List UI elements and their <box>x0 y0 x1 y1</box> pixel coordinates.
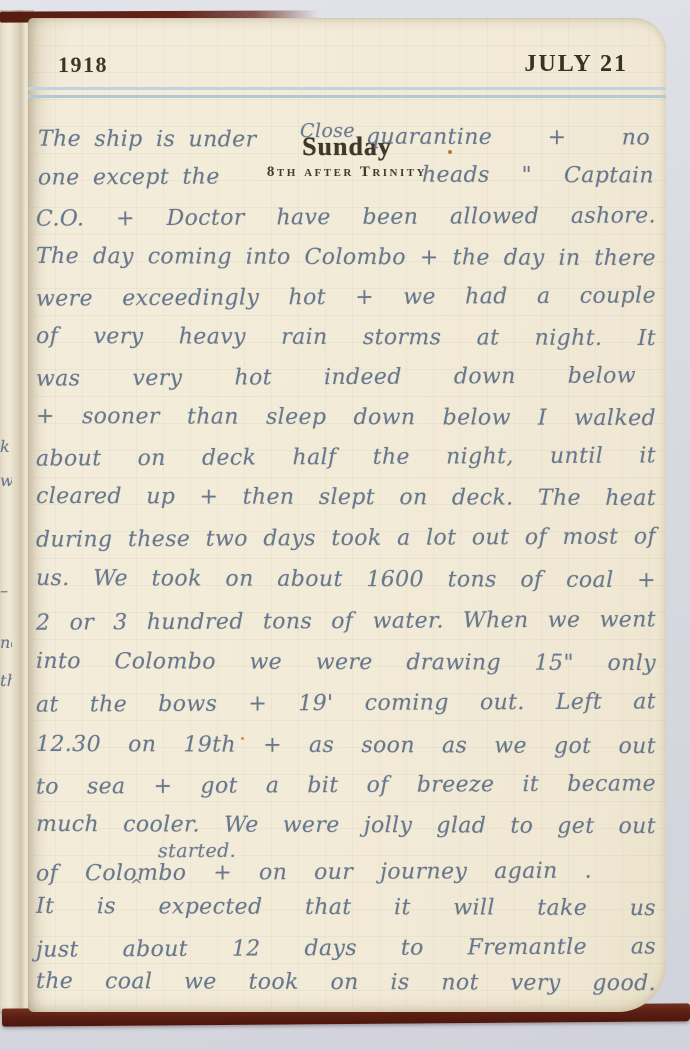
facing-page-ink-fragment: th <box>0 666 12 696</box>
handwritten-line: heads " Captain <box>422 161 654 192</box>
handwritten-line: were exceedingly hot + we had a couple <box>36 281 656 314</box>
handwritten-line: the coal we took on is not very good. <box>36 967 656 999</box>
facing-page-ink-fragment: – <box>0 576 12 606</box>
handwritten-line: about on deck half the night, until it <box>36 441 656 474</box>
facing-page-ink-fragment: nd <box>0 628 12 658</box>
handwritten-line: just about 12 days to Fremantle as <box>36 932 656 965</box>
handwritten-line: The ship is under <box>38 125 257 156</box>
handwritten-line: quarantine + no <box>366 123 650 154</box>
handwritten-line: during these two days took a lot out of … <box>36 522 656 555</box>
handwritten-line: + sooner than sleep down below I walked <box>36 402 656 434</box>
handwritten-line: The day coming into Colombo + the day in… <box>36 242 656 274</box>
handwritten-line: of very heavy rain storms at night. It <box>36 322 656 354</box>
handwritten-line: 12.30 on 19th + as soon as we got out <box>36 730 656 762</box>
header-rule-bottom <box>28 95 666 98</box>
handwritten-line: It is expected that it will take us <box>36 892 656 924</box>
handwritten-line: C.O. + Doctor have been allowed ashore. <box>36 201 656 234</box>
handwritten-line: one except the <box>38 163 220 194</box>
handwritten-line: of Colombo + on our journey again . <box>36 857 592 890</box>
handwritten-line: us. We took on about 1600 tons of coal + <box>36 564 656 596</box>
handwritten-line: cleared up + then slept on deck. The hea… <box>36 482 656 514</box>
header-rule-top <box>28 87 666 90</box>
date-label: JULY 21 <box>468 51 628 78</box>
handwritten-line: 2 or 3 hundred tons of water. When we we… <box>36 605 656 638</box>
handwritten-line: was very hot indeed down below <box>36 361 636 394</box>
diary-page: 1918 JULY 21 Sunday 8th after Trinity Th… <box>28 18 666 1012</box>
handwritten-line: to sea + got a bit of breeze it became <box>36 769 656 802</box>
handwritten-line: much cooler. We were jolly glad to get o… <box>36 810 656 842</box>
handwritten-line: at the bows + 19' coming out. Left at <box>36 687 656 720</box>
facing-page-ink-fragment: k <box>0 432 12 462</box>
facing-page-ink-fragment: w <box>0 466 12 496</box>
handwritten-line: into Colombo we were drawing 15" only <box>36 647 656 679</box>
year-label: 1918 <box>58 52 108 78</box>
interline-insert: Close <box>300 116 355 146</box>
diary-scan: k w – nd th 1918 JULY 21 Sunday 8th afte… <box>0 0 690 1050</box>
